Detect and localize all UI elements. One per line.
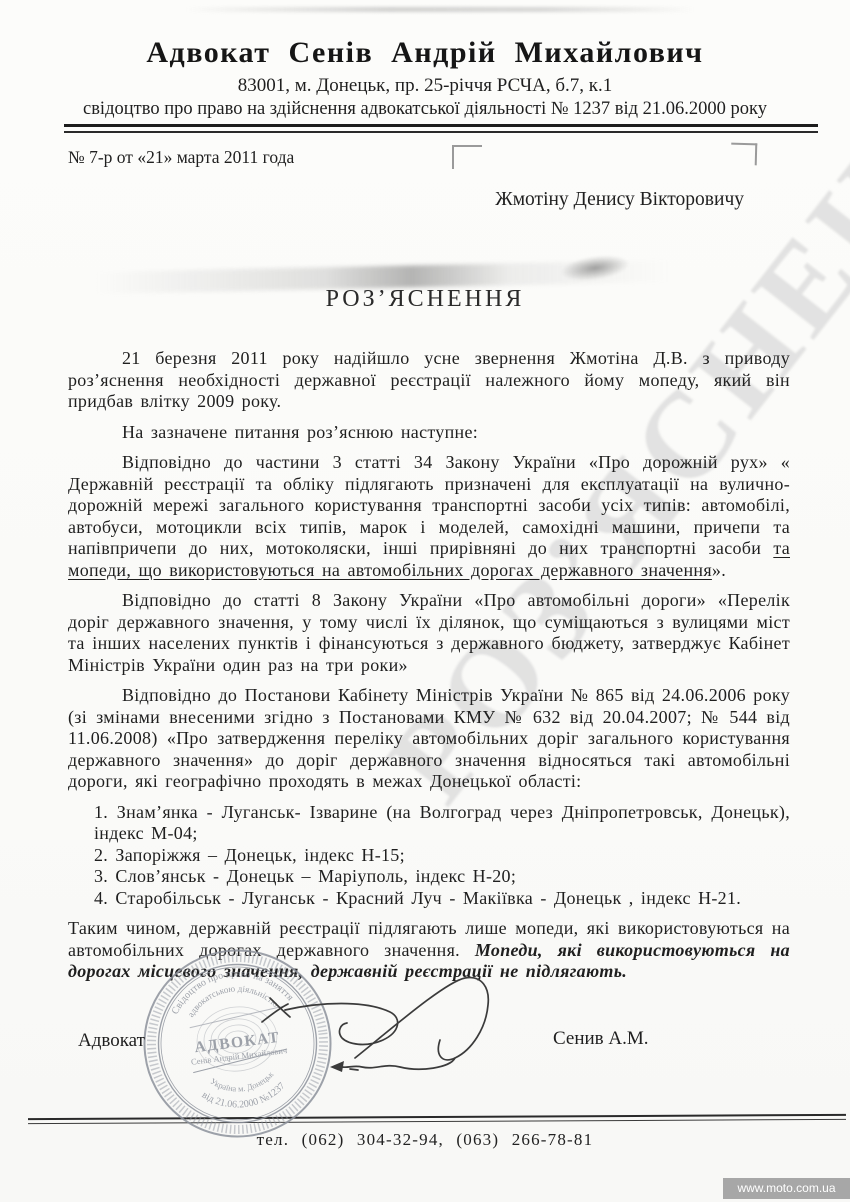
document-page: РОЗ’ЯСНЕННЯ Адвокат Сенів Андрій Михайло… [0, 0, 850, 1202]
paragraph-resolution: Відповідно до Постанови Кабінету Міністр… [68, 685, 790, 793]
corner-mark-left [452, 145, 482, 169]
paragraph-intro: 21 березня 2011 року надійшло усне зверн… [68, 348, 790, 413]
license-line: свідоцтво про право на здійснення адвока… [0, 99, 850, 120]
lawyer-address: 83001, м. Донецьк, пр. 25-річчя РСЧА, б.… [0, 75, 850, 97]
phone-numbers: тел. (062) 304-32-94, (063) 266-78-81 [0, 1130, 850, 1150]
site-watermark: www.moto.com.ua [723, 1178, 850, 1199]
list-item: 1. Знам’янка - Луганськ- Ізварине (на Во… [94, 802, 790, 845]
signature-name-label: Сенив А.М. [553, 1028, 649, 1050]
roads-list: 1. Знам’янка - Луганськ- Ізварине (на Во… [94, 802, 790, 910]
handwritten-signature [250, 960, 550, 1095]
p3-start: Відповідно до частини 3 статті 34 Закону… [68, 452, 790, 558]
corner-mark-right [731, 143, 758, 166]
paragraph-question: На зазначене питання роз’яснюю наступне: [68, 422, 790, 444]
list-item: 3. Слов’янськ - Донецьк – Маріуполь, інд… [94, 866, 790, 888]
paragraph-law-road-traffic: Відповідно до частини 3 статті 34 Закону… [68, 452, 790, 581]
paragraph-law-roads: Відповідно до статті 8 Закону України «П… [68, 590, 790, 676]
lawyer-name: Адвокат Сенів Андрій Михайлович [0, 36, 850, 70]
document-title: РОЗ’ЯСНЕННЯ [0, 286, 850, 313]
scan-smudge-top [185, 7, 695, 12]
p3-end: ». [712, 560, 726, 580]
list-item: 4. Старобільськ - Луганськ - Красний Луч… [94, 888, 790, 910]
reference-number: № 7-р от «21» марта 2011 года [68, 147, 294, 168]
header-divider [64, 124, 818, 133]
addressee: Жмотіну Денису Вікторовичу [495, 189, 744, 211]
signature-role-label: Адвокат [78, 1030, 145, 1052]
document-body: 21 березня 2011 року надійшло усне зверн… [68, 348, 790, 992]
letterhead: Адвокат Сенів Андрій Михайлович 83001, м… [0, 36, 850, 120]
list-item: 2. Запоріжжя – Донецьк, індекс Н-15; [94, 845, 790, 867]
